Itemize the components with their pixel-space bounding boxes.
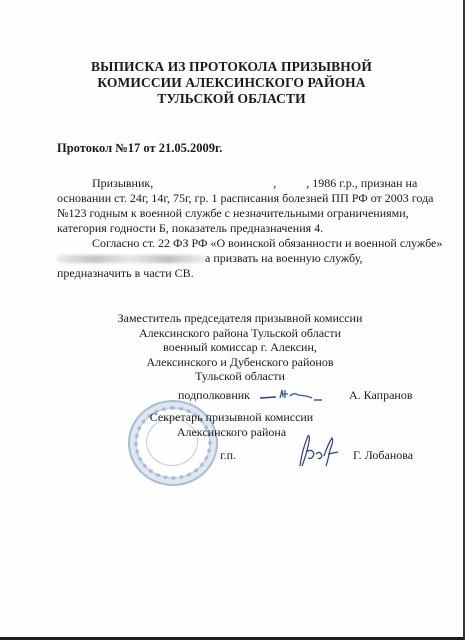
paragraph1-line1: Призывник,,, 1986 г.р., признан на — [57, 176, 427, 191]
protocol-number: Протокол №17 от 21.05.2009г. — [57, 141, 222, 156]
paragraph2-line2: а призвать на военную службу, — [57, 251, 427, 266]
document-page: ВЫПИСКА ИЗ ПРОТОКОЛА ПРИЗЫВНОЙ КОМИССИИ … — [0, 0, 465, 640]
signatory1-title: Заместитель председателя призывной комис… — [100, 311, 380, 384]
birth-year-text: , 1986 г.р., признан на — [306, 176, 417, 190]
paragraph1-line2: основании ст. 24г, 14г, 75г, гр. 1 распи… — [57, 191, 427, 206]
signatory1-line-5: Тульской области — [100, 369, 380, 384]
conscript-decision: а призвать на военную службу, — [205, 251, 363, 265]
signatory2-rank: г.п. — [220, 448, 236, 463]
paragraph1-line3: №123 годным к военной службе с незначите… — [57, 206, 427, 221]
paragraph1-line4: категория годности Б, показатель предназ… — [57, 221, 427, 236]
signatory1-rank: подполковник — [178, 388, 250, 403]
redacted-comma: , — [273, 176, 276, 190]
body-text: Призывник,,, 1986 г.р., признан на основ… — [57, 176, 427, 281]
signatory1-line-3: военный комиссар г. Алексин, — [100, 340, 380, 355]
title-line-1: ВЫПИСКА ИЗ ПРОТОКОЛА ПРИЗЫВНОЙ — [0, 59, 463, 75]
conscript-label: Призывник, — [92, 176, 153, 190]
signatory1-line-1: Заместитель председателя призывной комис… — [100, 311, 380, 326]
title-line-2: КОМИССИИ АЛЕКСИНСКОГО РАЙОНА — [0, 75, 463, 91]
signatory2-line-2: Алексинского района — [0, 425, 463, 440]
signatory2-line-1: Секретарь призывной комиссии — [0, 410, 463, 425]
signatory1-name: А. Капранов — [349, 388, 413, 403]
paragraph2-line3: предназначить в части СВ. — [57, 266, 427, 281]
signatory2-name: Г. Лобанова — [353, 448, 413, 463]
redacted-name-blur — [57, 255, 205, 263]
signature-kapranov-icon — [258, 386, 324, 404]
signatory1-line-4: Алексинского и Дубенского районов — [100, 355, 380, 370]
signatory2-title: Секретарь призывной комиссии Алексинског… — [0, 410, 463, 439]
signatory1-line-2: Алексинского района Тульской области — [100, 326, 380, 341]
document-title: ВЫПИСКА ИЗ ПРОТОКОЛА ПРИЗЫВНОЙ КОМИССИИ … — [0, 59, 463, 107]
signature-lobanova-icon — [292, 432, 342, 470]
paragraph2-line1: Согласно ст. 22 ФЗ РФ «О воинской обязан… — [57, 236, 427, 251]
title-line-3: ТУЛЬСКОЙ ОБЛАСТИ — [0, 91, 463, 107]
